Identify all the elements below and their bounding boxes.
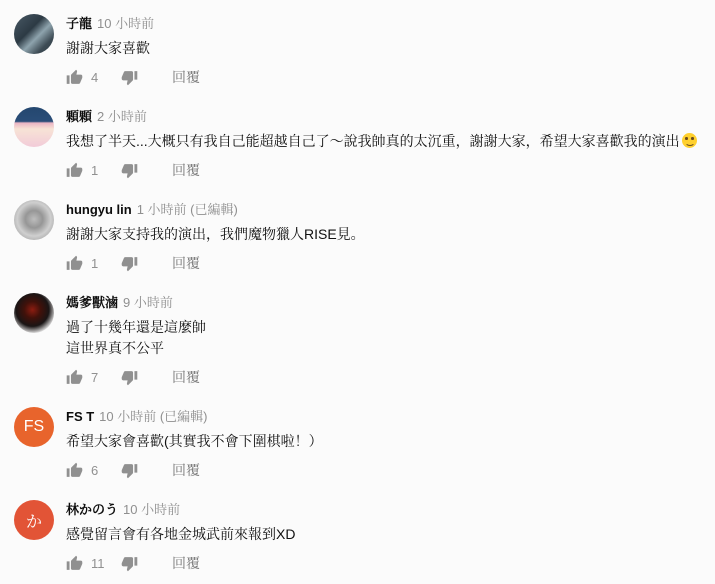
like-count: 1	[91, 256, 107, 271]
comment-timestamp[interactable]: 10 小時前	[123, 502, 180, 517]
comment-body: 林かのう10 小時前 感覺留言會有各地金城武前來報到XD 11 回覆	[66, 500, 705, 572]
author-name[interactable]: 林かのう	[66, 502, 118, 517]
avatar[interactable]	[14, 107, 54, 147]
thumb-down-icon	[121, 462, 138, 479]
thumb-up-icon	[66, 162, 83, 179]
reply-button[interactable]: 回覆	[172, 367, 200, 387]
like-button[interactable]	[66, 162, 83, 179]
comment-header: 顆顆2 小時前	[66, 109, 705, 124]
thumb-up-icon	[66, 555, 83, 572]
dislike-button[interactable]	[121, 369, 138, 386]
comment-actions: 4 回覆	[66, 68, 705, 86]
thumb-up-icon	[66, 369, 83, 386]
thumb-up-icon	[66, 69, 83, 86]
like-count: 4	[91, 70, 107, 85]
comment-actions: 1 回覆	[66, 254, 705, 272]
thumb-down-icon	[121, 255, 138, 272]
like-button[interactable]	[66, 555, 83, 572]
dislike-button[interactable]	[121, 69, 138, 86]
author-name[interactable]: FS T	[66, 409, 94, 424]
dislike-button[interactable]	[121, 462, 138, 479]
dislike-button[interactable]	[121, 162, 138, 179]
comment-timestamp[interactable]: 2 小時前	[97, 109, 147, 124]
comment-body: 顆顆2 小時前 我想了半天...大概只有我自己能超越自己了～說我帥真的太沉重，謝…	[66, 107, 705, 179]
comment-timestamp[interactable]: 10 小時前 (已編輯)	[99, 409, 207, 424]
thumb-down-icon	[121, 555, 138, 572]
comment-thread: hungyu lin1 小時前 (已編輯) 謝謝大家支持我的演出，我們魔物獵人R…	[14, 200, 705, 272]
comment-header: hungyu lin1 小時前 (已編輯)	[66, 202, 705, 217]
comment-text: 希望大家會喜歡(其實我不會下圍棋啦！）	[66, 431, 705, 452]
like-button[interactable]	[66, 255, 83, 272]
avatar[interactable]	[14, 293, 54, 333]
reply-button[interactable]: 回覆	[172, 160, 200, 180]
comment-body: FS T10 小時前 (已編輯) 希望大家會喜歡(其實我不會下圍棋啦！） 6 回…	[66, 407, 705, 479]
thumb-down-icon	[121, 69, 138, 86]
comment-text: 謝謝大家喜歡	[66, 38, 705, 59]
comment-actions: 11 回覆	[66, 554, 705, 572]
comment-thread: FS FS T10 小時前 (已編輯) 希望大家會喜歡(其實我不會下圍棋啦！） …	[14, 407, 705, 479]
author-name[interactable]: hungyu lin	[66, 202, 132, 217]
reply-button[interactable]: 回覆	[172, 460, 200, 480]
like-count: 1	[91, 163, 107, 178]
comment-body: 媽爹獸滷9 小時前 過了十幾年還是這麼帥這世界真不公平 7 回覆	[66, 293, 705, 386]
avatar[interactable]: FS	[14, 407, 54, 447]
comment-body: hungyu lin1 小時前 (已編輯) 謝謝大家支持我的演出，我們魔物獵人R…	[66, 200, 705, 272]
reply-button[interactable]: 回覆	[172, 67, 200, 87]
comment-header: 媽爹獸滷9 小時前	[66, 295, 705, 310]
slightly-smiling-face-icon	[682, 133, 697, 148]
comment-text: 我想了半天...大概只有我自己能超越自己了～說我帥真的太沉重，謝謝大家，希望大家…	[66, 131, 705, 152]
avatar[interactable]	[14, 14, 54, 54]
comment-thread: 子龍10 小時前 謝謝大家喜歡 4 回覆	[14, 14, 705, 86]
thumb-down-icon	[121, 162, 138, 179]
comment-header: 林かのう10 小時前	[66, 502, 705, 517]
like-button[interactable]	[66, 369, 83, 386]
comment-actions: 6 回覆	[66, 461, 705, 479]
avatar[interactable]	[14, 200, 54, 240]
comment-text: 感覺留言會有各地金城武前來報到XD	[66, 524, 705, 545]
comment-timestamp[interactable]: 1 小時前 (已編輯)	[137, 202, 238, 217]
comment-thread: 媽爹獸滷9 小時前 過了十幾年還是這麼帥這世界真不公平 7 回覆	[14, 293, 705, 386]
like-count: 11	[91, 556, 107, 571]
comment-timestamp[interactable]: 10 小時前	[97, 16, 154, 31]
like-button[interactable]	[66, 69, 83, 86]
thumb-down-icon	[121, 369, 138, 386]
comment-timestamp[interactable]: 9 小時前	[123, 295, 173, 310]
author-name[interactable]: 媽爹獸滷	[66, 295, 118, 310]
comment-thread: か 林かのう10 小時前 感覺留言會有各地金城武前來報到XD 11 回覆	[14, 500, 705, 572]
dislike-button[interactable]	[121, 555, 138, 572]
avatar[interactable]: か	[14, 500, 54, 540]
avatar-initial: か	[26, 509, 42, 532]
reply-button[interactable]: 回覆	[172, 253, 200, 273]
like-count: 7	[91, 370, 107, 385]
comment-header: 子龍10 小時前	[66, 16, 705, 31]
like-count: 6	[91, 463, 107, 478]
comment-text: 謝謝大家支持我的演出，我們魔物獵人RISE見。	[66, 224, 705, 245]
comment-text: 過了十幾年還是這麼帥這世界真不公平	[66, 317, 705, 359]
dislike-button[interactable]	[121, 255, 138, 272]
comment-actions: 1 回覆	[66, 161, 705, 179]
thumb-up-icon	[66, 255, 83, 272]
comment-thread: 顆顆2 小時前 我想了半天...大概只有我自己能超越自己了～說我帥真的太沉重，謝…	[14, 107, 705, 179]
reply-button[interactable]: 回覆	[172, 553, 200, 573]
author-name[interactable]: 子龍	[66, 16, 92, 31]
like-button[interactable]	[66, 462, 83, 479]
author-name[interactable]: 顆顆	[66, 109, 92, 124]
thumb-up-icon	[66, 462, 83, 479]
comment-list: 子龍10 小時前 謝謝大家喜歡 4 回覆 顆顆2 小時前 我想了半天...	[0, 0, 715, 572]
comment-body: 子龍10 小時前 謝謝大家喜歡 4 回覆	[66, 14, 705, 86]
avatar-initial: FS	[24, 418, 44, 436]
comment-actions: 7 回覆	[66, 368, 705, 386]
comment-header: FS T10 小時前 (已編輯)	[66, 409, 705, 424]
